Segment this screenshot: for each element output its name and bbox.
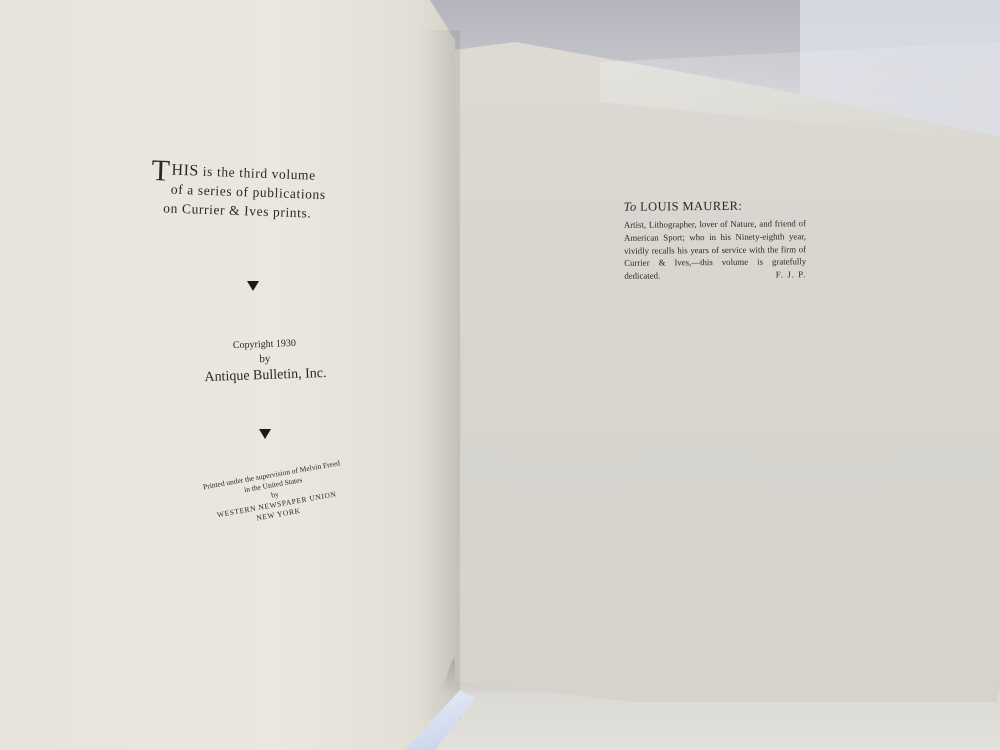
copyright-block: Copyright 1930 by Antique Bulletin, Inc. <box>199 336 331 389</box>
drop-cap: T <box>151 158 171 185</box>
dedication-block: To LOUIS MAURER: Artist, Lithographer, l… <box>624 197 807 283</box>
triangle-ornament-icon <box>259 429 271 439</box>
triangle-ornament-icon <box>247 281 259 291</box>
series-intro: THIS is the third volume of a series of … <box>150 160 342 224</box>
right-page <box>455 42 1000 702</box>
dedication-body: Artist, Lithographer, lover of Nature, a… <box>624 217 807 283</box>
signature-initials: F. J. P. <box>776 268 807 281</box>
dedication-title: To LOUIS MAURER: <box>624 197 806 215</box>
